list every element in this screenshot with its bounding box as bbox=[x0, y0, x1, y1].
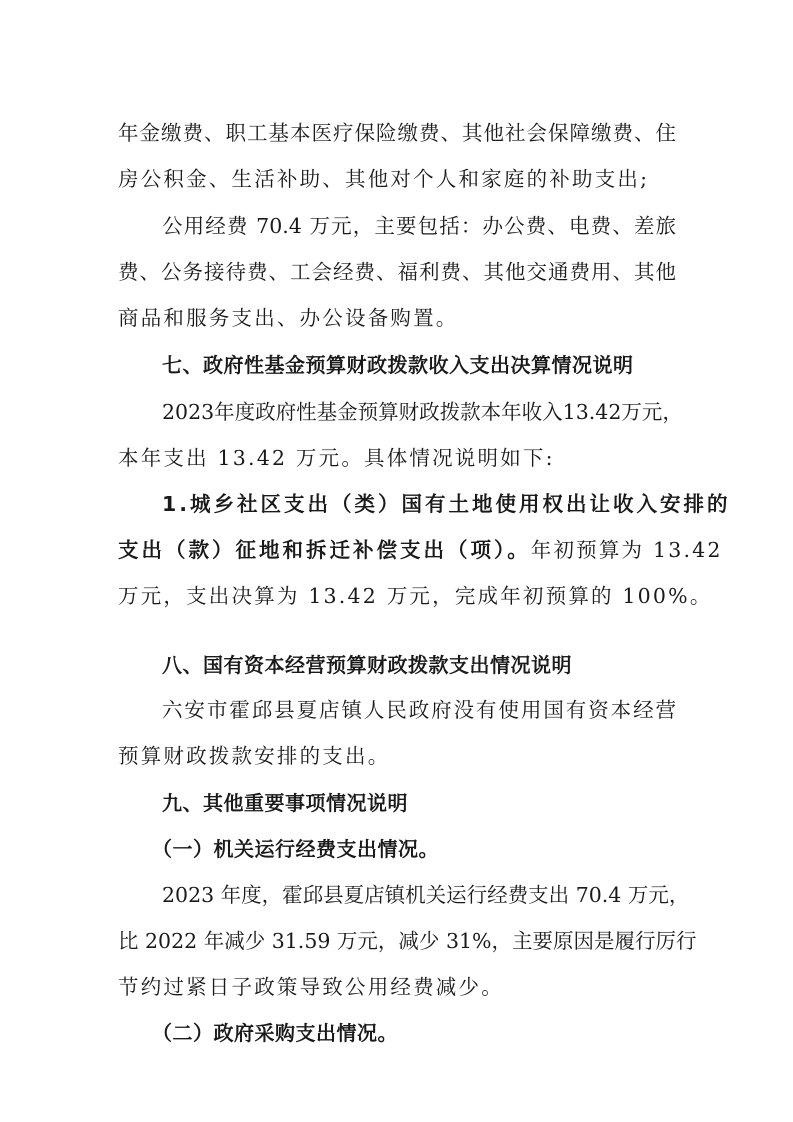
paragraph-line: 节约过紧日子政策导致公用经费减少。 bbox=[118, 964, 676, 1010]
paragraph-line: 公用经费 70.4 万元，主要包括：办公费、电费、差旅 bbox=[118, 203, 676, 249]
paragraph-line: 预算财政拨款安排的支出。 bbox=[118, 733, 676, 779]
paragraph-line: 费、公务接待费、工会经费、福利费、其他交通费用、其他 bbox=[118, 249, 676, 295]
paragraph-line: 房公积金、生活补助、其他对个人和家庭的补助支出; bbox=[118, 156, 676, 202]
subsection-heading: （二）政府采购支出情况。 bbox=[118, 1010, 710, 1056]
item-heading-bold: 1.城乡社区支出（类）国有土地使用权出让收入安排的 bbox=[118, 481, 676, 527]
section-heading-8: 八、国有资本经营预算财政拨款支出情况说明 bbox=[118, 642, 676, 688]
paragraph-line: 2023 年度，霍邱县夏店镇机关运行经费支出 70.4 万元， bbox=[118, 872, 676, 918]
paragraph-line: 比 2022 年减少 31.59 万元，减少 31%，主要原因是履行厉行 bbox=[118, 918, 676, 964]
item-text: 年初预算为 13.42 bbox=[531, 527, 723, 573]
section-heading-9: 九、其他重要事项情况说明 bbox=[118, 780, 676, 826]
paragraph-line: 年金缴费、职工基本医疗保险缴费、其他社会保障缴费、住 bbox=[118, 110, 676, 156]
paragraph-line-mixed: 支出（款）征地和拆迁补偿支出（项）。 年初预算为 13.42 bbox=[118, 527, 676, 573]
subsection-heading: （一）机关运行经费支出情况。 bbox=[118, 826, 710, 872]
paragraph-line: 本年支出 13.42 万元。具体情况说明如下: bbox=[118, 435, 676, 481]
paragraph-line: 万元，支出决算为 13.42 万元，完成年初预算的 100%。 bbox=[118, 573, 676, 619]
item-heading-bold: 支出（款）征地和拆迁补偿支出（项）。 bbox=[118, 527, 531, 573]
section-heading-7: 七、政府性基金预算财政拨款收入支出决算情况说明 bbox=[118, 342, 676, 388]
paragraph-line: 六安市霍邱县夏店镇人民政府没有使用国有资本经营 bbox=[118, 687, 676, 733]
paragraph-line: 商品和服务支出、办公设备购置。 bbox=[118, 295, 676, 341]
paragraph-line: 2023年度政府性基金预算财政拨款本年收入13.42万元， bbox=[118, 389, 676, 435]
